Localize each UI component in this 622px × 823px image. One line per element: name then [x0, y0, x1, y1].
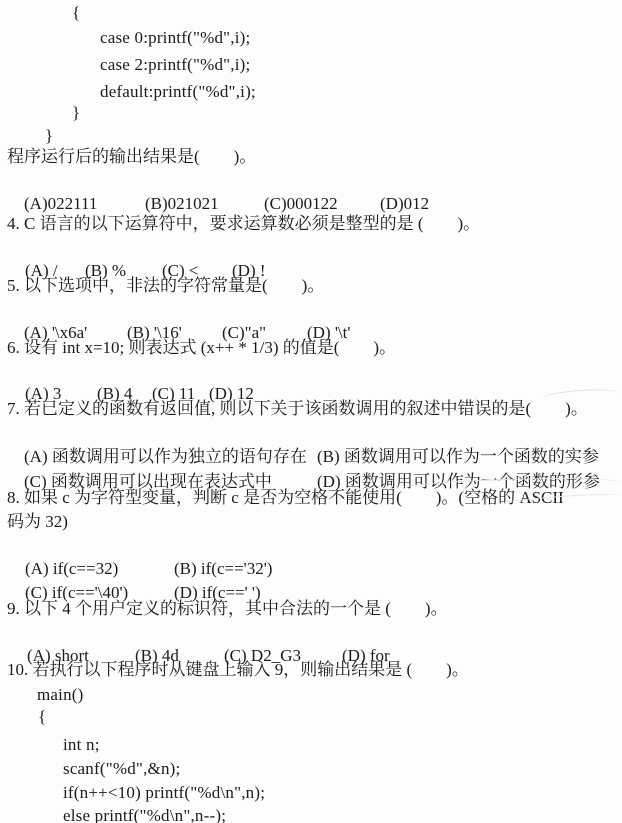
question-3-prompt: 程序运行后的输出结果是( )。: [7, 146, 256, 168]
code-line-else: else printf("%d\n",n--);: [63, 805, 226, 823]
option-c: (C)000122: [264, 193, 380, 215]
option-d: (D)012: [380, 193, 429, 215]
code-line-int: int n;: [63, 734, 100, 756]
code-line-default: default:printf("%d",i);: [100, 81, 256, 103]
code-line-open-brace: {: [72, 2, 80, 24]
code-line-if: if(n++<10) printf("%d\n",n);: [63, 782, 265, 804]
code-line-case2: case 2:printf("%d",i);: [100, 54, 250, 76]
question-7-stem: 7. 若已定义的函数有返回值, 则以下关于该函数调用的叙述中错误的是( )。: [7, 398, 588, 420]
question-8-stem-line1: 8. 如果 c 为字符型变量，判断 c 是否为空格不能使用( )。(空格的 AS…: [7, 487, 564, 509]
code-line-close-inner: }: [72, 102, 80, 124]
code-line-case0: case 0:printf("%d",i);: [100, 27, 250, 49]
scanned-exam-page: { case 0:printf("%d",i); case 2:printf("…: [0, 0, 622, 823]
option-a: (A)022111: [24, 193, 145, 215]
question-10-stem: 10. 若执行以下程序时从键盘上输入 9，则输出结果是 ( )。: [7, 659, 469, 681]
question-9-stem: 9. 以下 4 个用户定义的标识符，其中合法的一个是 ( )。: [7, 598, 448, 620]
question-6-stem: 6. 设有 int x=10; 则表达式 (x++ * 1/3) 的值是( )。: [7, 337, 396, 359]
code-line-scanf: scanf("%d",&n);: [63, 758, 180, 780]
question-5-stem: 5. 以下选项中，非法的字符常量是( )。: [7, 275, 324, 297]
question-8-stem-line2: 码为 32): [7, 511, 68, 533]
code-line-close-outer: }: [45, 125, 53, 147]
question-4-stem: 4. C 语言的以下运算符中，要求运算数必须是整型的是 ( )。: [7, 213, 480, 235]
code-line-main: main(): [37, 684, 84, 706]
option-b: (B)021021: [145, 193, 264, 215]
code-line-open-brace: {: [38, 706, 46, 728]
